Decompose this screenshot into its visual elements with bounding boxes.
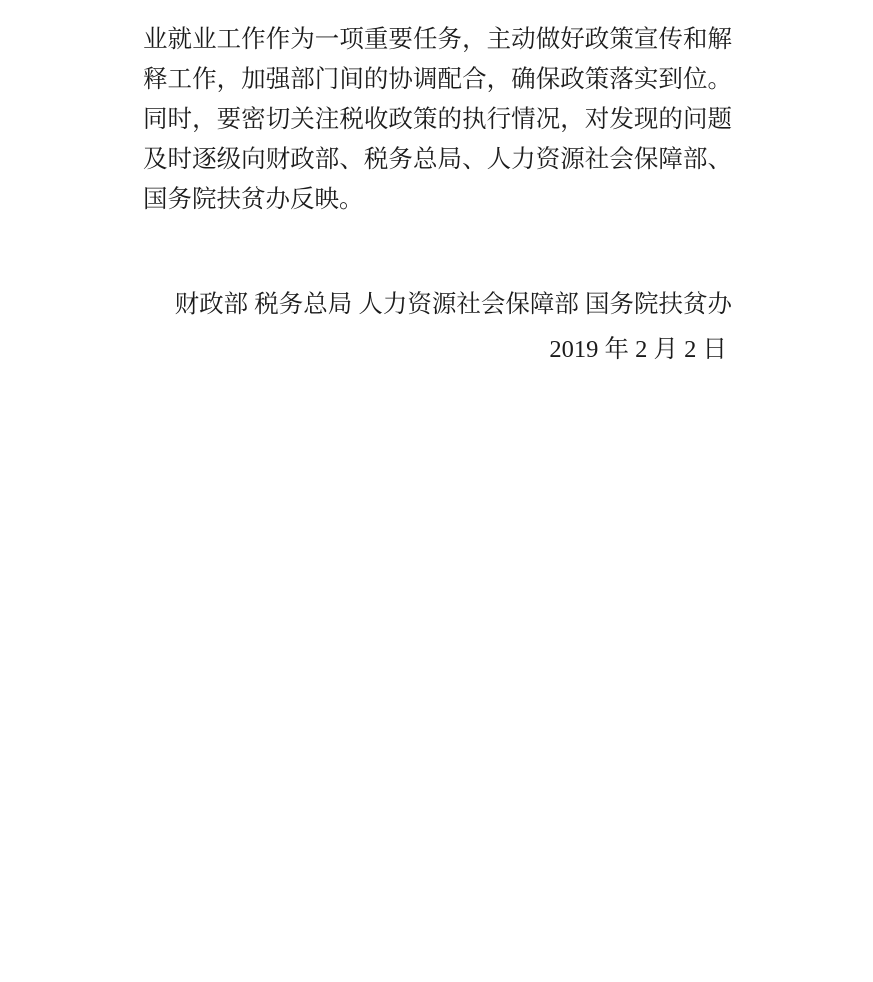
signature-block: 财政部 税务总局 人力资源社会保障部 国务院扶贫办 2019 年 2 月 2 日 [143, 282, 732, 372]
body-line: 国务院扶贫办反映。 [143, 180, 732, 220]
body-line: 释工作，加强部门间的协调配合，确保政策落实到位。 [143, 60, 732, 100]
document-page: 业就业工作作为一项重要任务，主动做好政策宣传和解 释工作，加强部门间的协调配合，… [0, 0, 873, 982]
body-line: 业就业工作作为一项重要任务，主动做好政策宣传和解 [143, 20, 732, 60]
body-line: 及时逐级向财政部、税务总局、人力资源社会保障部、 [143, 140, 732, 180]
body-line: 同时，要密切关注税收政策的执行情况，对发现的问题 [143, 100, 732, 140]
signature-line: 财政部 税务总局 人力资源社会保障部 国务院扶贫办 [143, 282, 732, 327]
body-paragraph: 业就业工作作为一项重要任务，主动做好政策宣传和解 释工作，加强部门间的协调配合，… [143, 20, 732, 220]
date-line: 2019 年 2 月 2 日 [143, 327, 732, 372]
